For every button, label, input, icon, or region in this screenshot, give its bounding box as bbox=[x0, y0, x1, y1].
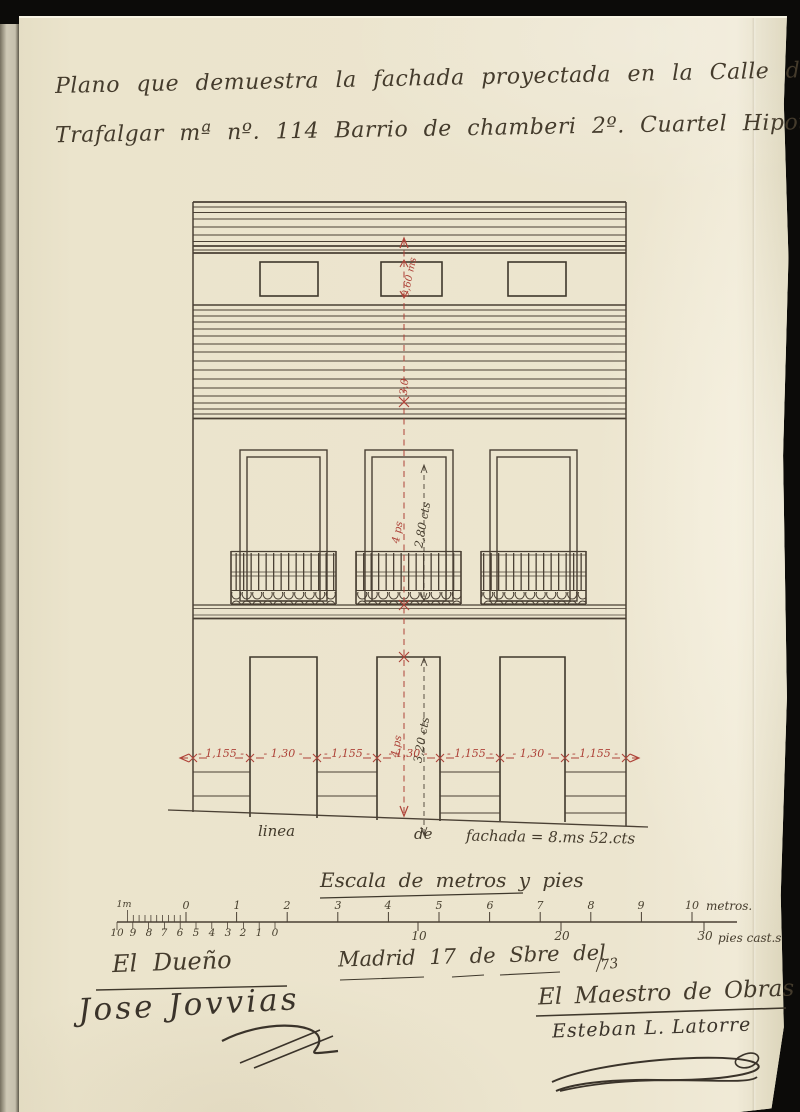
entablature-height-label: 3,0 bbox=[399, 378, 411, 396]
width-dimension-label: 1,155 bbox=[446, 747, 494, 760]
scale-meter-label: 5 bbox=[429, 899, 449, 912]
scale-pies-unit: pies cast.s bbox=[718, 932, 781, 944]
scale-meter-label: 7 bbox=[530, 899, 550, 912]
width-dimension-label: 1,155 bbox=[197, 747, 245, 760]
facade-line-caption-word2: de bbox=[414, 827, 432, 842]
facade-line-caption-word3: fachada = 8.ms 52.cts bbox=[466, 829, 635, 847]
scale-pie-label: 0 bbox=[267, 927, 283, 939]
owner-role: El Dueño bbox=[112, 948, 232, 976]
scale-meter-label: 3 bbox=[328, 899, 348, 912]
scale-pie-label: 3 bbox=[220, 927, 236, 939]
scale-pie-label: 10 bbox=[410, 929, 428, 943]
scale-pie-label: 7 bbox=[156, 927, 172, 939]
scale-pie-label: 1 bbox=[251, 927, 267, 939]
scale-pie-label: 5 bbox=[188, 927, 204, 939]
scan-corner-black bbox=[0, 0, 22, 26]
width-dimension-label: 1,30 bbox=[508, 747, 556, 760]
page-edge-left bbox=[0, 24, 19, 1112]
width-dimension-label: 1,155 bbox=[571, 747, 619, 760]
width-dimension-label: 1,30 bbox=[384, 747, 432, 760]
scale-pie-label: 9 bbox=[125, 927, 141, 939]
scale-meter-label: 9 bbox=[631, 899, 651, 912]
scale-meters-unit: metros. bbox=[706, 900, 752, 912]
date-year: /73 bbox=[595, 957, 619, 974]
facade-line-caption-word1: linea bbox=[258, 824, 295, 839]
scale-pie-label: 30 bbox=[696, 929, 714, 943]
scale-pie-label: 6 bbox=[172, 927, 188, 939]
scale-meter-label: 0 bbox=[176, 899, 196, 912]
scale-pie-label: 4 bbox=[204, 927, 220, 939]
scale-pie-label: 10 bbox=[109, 927, 125, 939]
scale-pie-label: 2 bbox=[235, 927, 251, 939]
width-dimension-label: 1,155 bbox=[323, 747, 371, 760]
scale-meter-label: 10 bbox=[682, 899, 702, 912]
scanned-document: { "document": { "title_line1": "Plano qu… bbox=[0, 0, 800, 1112]
scale-meter-label: 1 bbox=[227, 899, 247, 912]
scale-pie-label: 8 bbox=[141, 927, 157, 939]
scale-meter-label: 1m bbox=[114, 899, 134, 910]
scale-meter-label: 6 bbox=[480, 899, 500, 912]
width-dimension-label: 1,30 bbox=[259, 747, 307, 760]
scale-meter-label: 8 bbox=[581, 899, 601, 912]
scale-title: Escala de metros y pies bbox=[320, 870, 584, 890]
scale-meter-label: 2 bbox=[277, 899, 297, 912]
scale-meter-label: 4 bbox=[378, 899, 398, 912]
